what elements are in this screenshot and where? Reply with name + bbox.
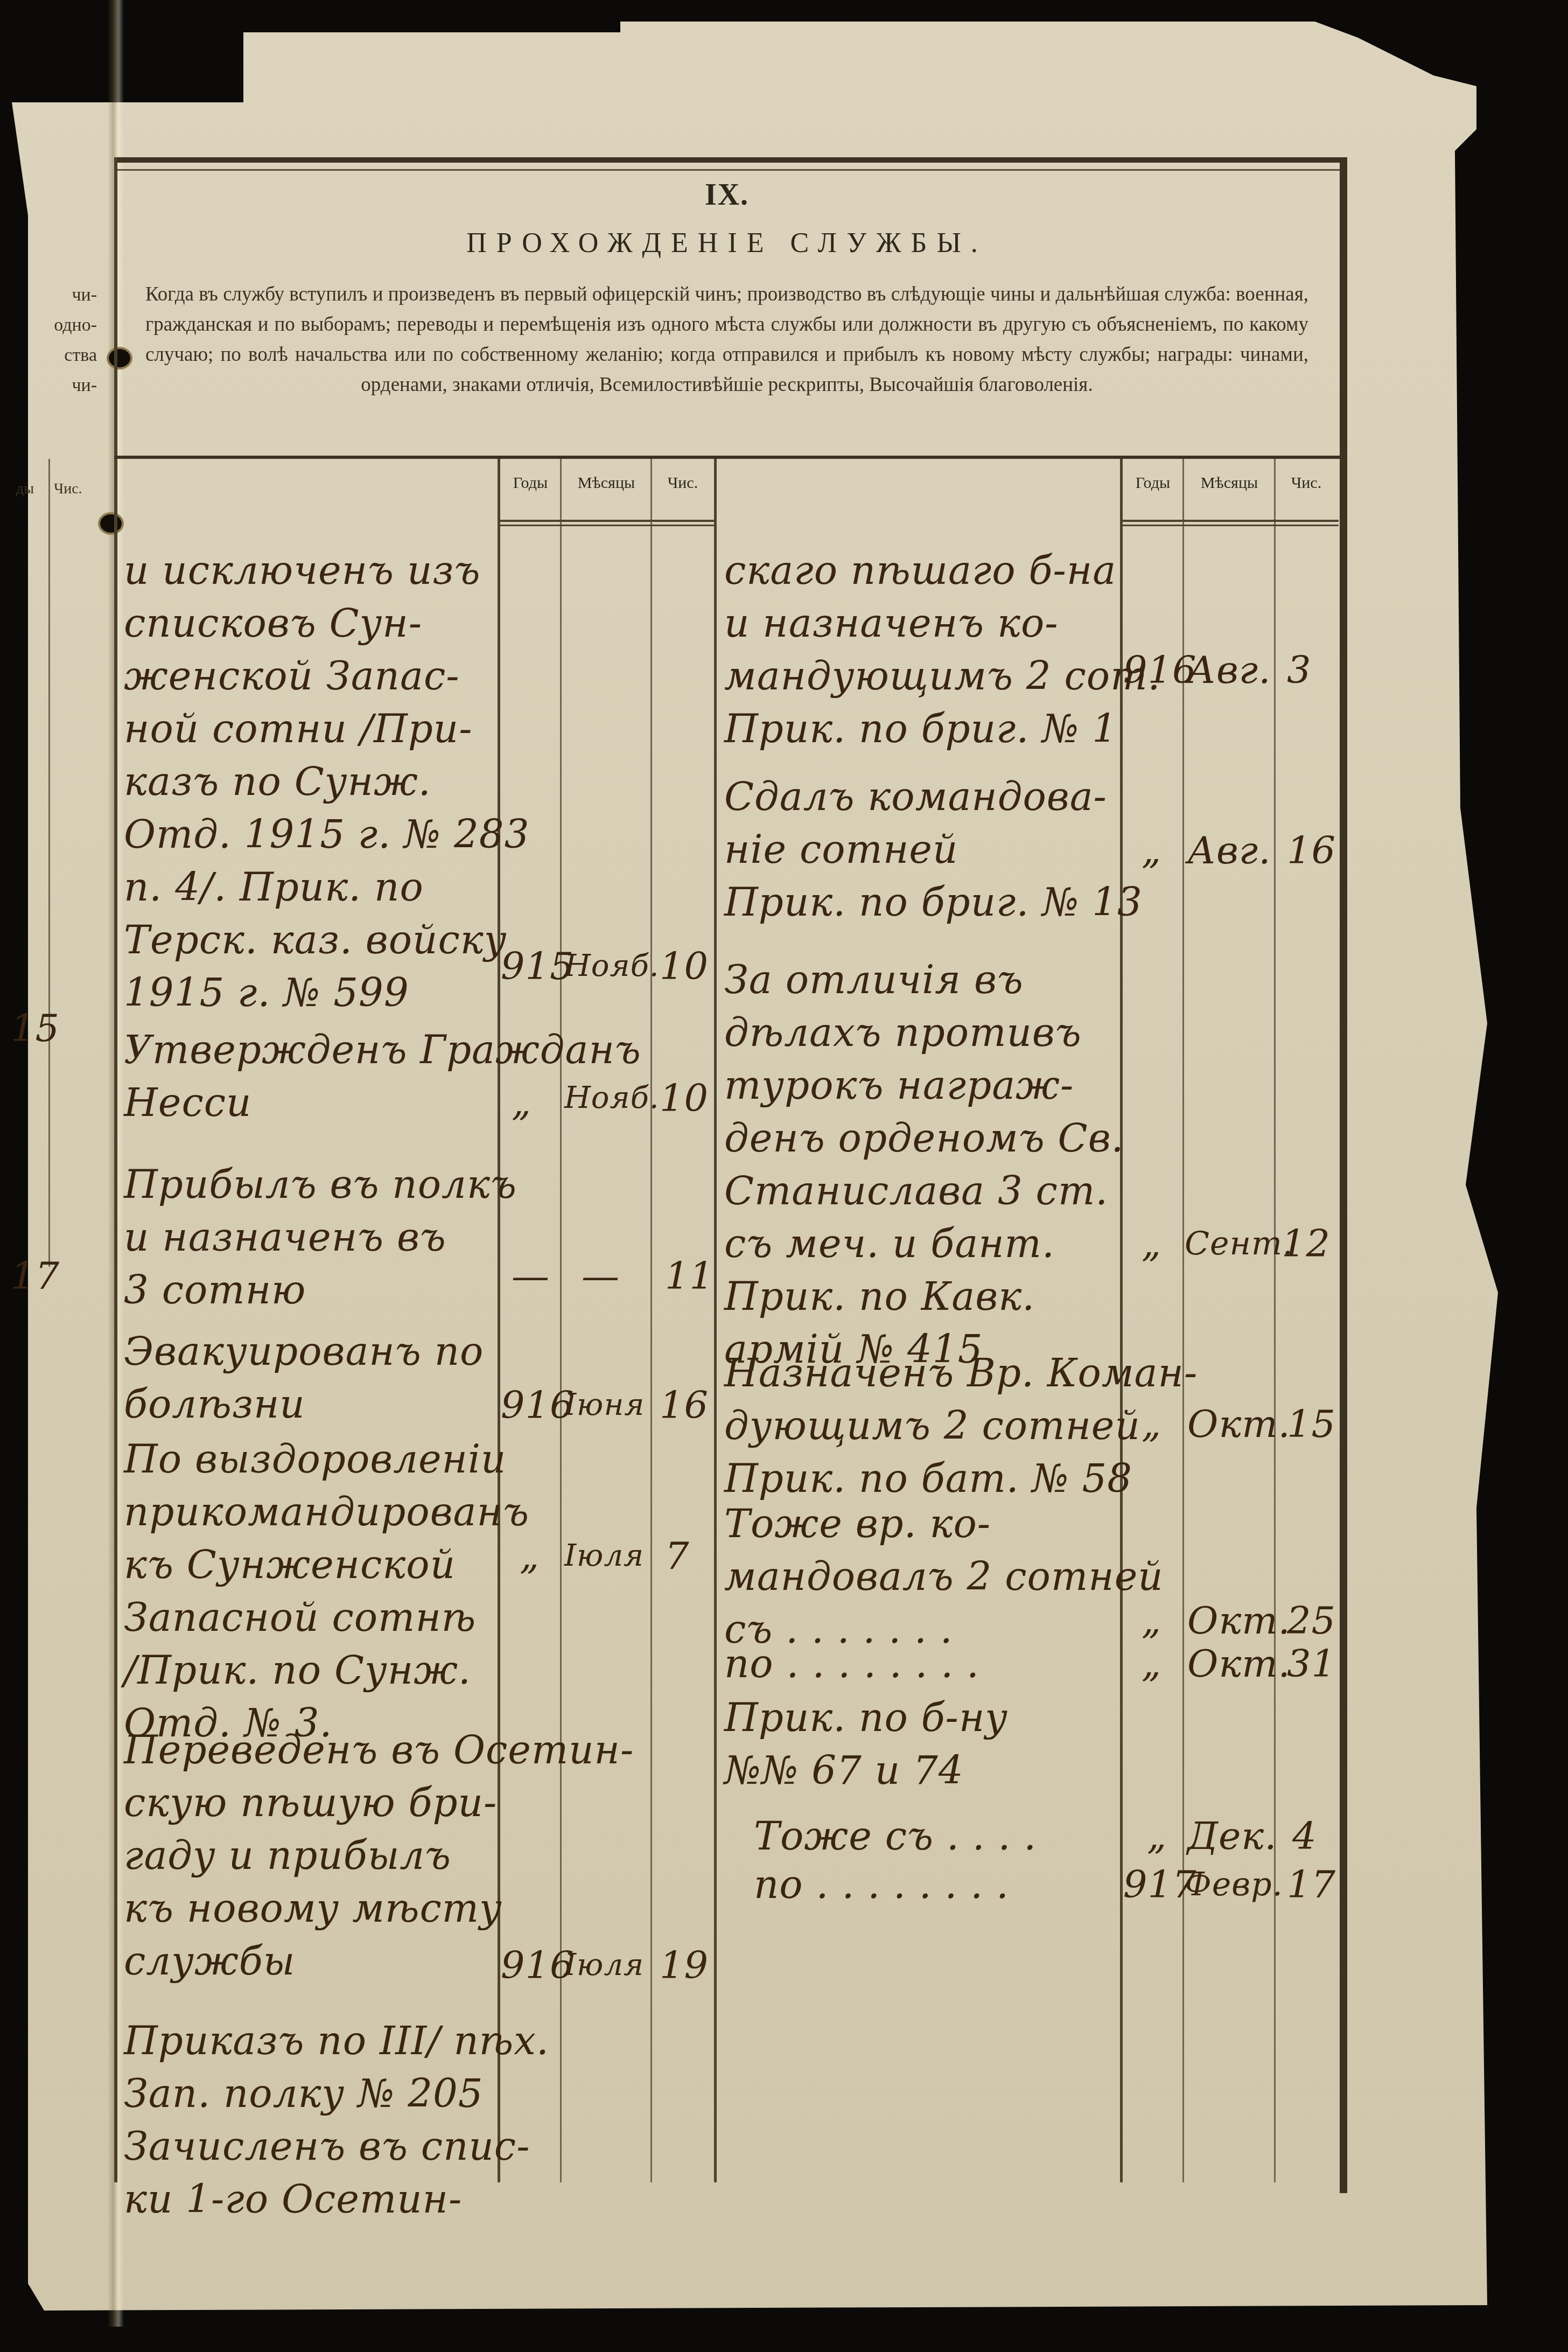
left-entry-day: 19 (660, 1939, 709, 1992)
center-divider (714, 459, 717, 2182)
right-entry-month: Окт. (1187, 1637, 1291, 1690)
left-fragment-col-line (48, 459, 50, 1267)
left-fragment-desc: чи- одно- ства чи- (16, 280, 97, 401)
left-header-day: Чис. (653, 474, 713, 492)
left-months-day-divider (650, 459, 652, 2182)
right-entry-text: по . . . . . . . . (724, 1637, 979, 1690)
left-entry-month: Іюля (564, 1939, 644, 1992)
left-entry-text: По выздоровленіи прикомандированъ къ Сун… (124, 1433, 529, 1749)
right-entry-year: „ (1142, 824, 1161, 877)
right-entry-text: по . . . . . . . . (754, 1858, 1009, 1911)
right-entry-month: Авг. (1187, 644, 1271, 696)
left-entry-text: и исключенъ изъ списковъ Сун- женской За… (124, 544, 529, 1019)
left-entry-year: 915 (501, 940, 575, 993)
left-fragment-header-day: Чис. (54, 474, 82, 504)
left-entry-text: Утвержденъ Гражданъ Несси (124, 1023, 641, 1129)
right-entry-day: 15 (1287, 1398, 1336, 1450)
right-entry-text: Прик. по б-ну №№ 67 и 74 (724, 1691, 1008, 1797)
left-entry-month: Іюля (564, 1530, 644, 1582)
right-header-double-rule (1121, 520, 1339, 522)
section-number: IX. (124, 178, 1330, 212)
left-entry-month: Іюня (564, 1379, 645, 1432)
right-entry-text: скаго пѣшаго б-на и назначенъ ко- мандую… (724, 544, 1160, 755)
right-entry-year: „ (1142, 1398, 1161, 1450)
section-title: ПРОХОЖДЕНІЕ СЛУЖБЫ. (124, 227, 1330, 259)
right-entry-year: „ (1147, 1810, 1167, 1862)
right-entry-year: „ (1142, 1217, 1161, 1270)
right-header-day: Чис. (1276, 474, 1336, 492)
right-entry-year: 916 (1123, 644, 1197, 696)
right-years-months-divider (1182, 459, 1184, 2182)
right-entry-day: 16 (1287, 824, 1336, 877)
left-entry-month: — (582, 1250, 620, 1302)
header-rule (114, 456, 1347, 459)
right-entry-text: Назначенъ Вр. Коман- дующимъ 2 сотней Пр… (724, 1346, 1198, 1505)
left-entry-month: Нояб. (564, 940, 660, 993)
right-entry-day: 12 (1282, 1217, 1331, 1270)
right-entry-month: Дек. (1187, 1810, 1277, 1862)
left-fragment-mark: 15 (11, 1002, 60, 1055)
left-fragment-line: чи- (16, 280, 97, 310)
right-entry-month: Окт. (1187, 1398, 1291, 1450)
left-entry-text: Прибылъ въ полкъ и назначенъ въ 3 сотню (124, 1158, 517, 1316)
left-entry-day: 11 (665, 1250, 714, 1302)
right-months-day-divider (1274, 459, 1276, 2182)
right-entry-day: 17 (1287, 1858, 1336, 1911)
left-entry-day: 7 (665, 1530, 690, 1582)
right-entry-text: Тоже вр. ко- мандовалъ 2 сотней съ . . .… (724, 1497, 1164, 1656)
left-header-months: Мѣсяцы (562, 474, 650, 492)
left-entry-year: 916 (501, 1939, 575, 1992)
left-entry-day: 10 (660, 1072, 709, 1125)
right-entry-day: 3 (1287, 644, 1312, 696)
form-frame-left (114, 157, 117, 2182)
left-header-double-rule (499, 520, 714, 522)
left-entry-month: Нояб. (564, 1072, 660, 1125)
section-header: IX. ПРОХОЖДЕНІЕ СЛУЖБЫ. Когда въ службу … (124, 172, 1330, 452)
right-header-years: Годы (1123, 474, 1182, 492)
left-entry-year: — (512, 1250, 550, 1302)
left-fragment-line: одно- (16, 310, 97, 340)
right-header-months: Мѣсяцы (1185, 474, 1274, 492)
left-entry-day: 10 (660, 940, 709, 993)
left-entry-text: Эвакуированъ по болѣзни (124, 1325, 484, 1430)
right-entry-month: Февр. (1185, 1858, 1283, 1911)
left-fragment-header-years: ды (16, 474, 34, 504)
right-entry-day: 4 (1292, 1810, 1317, 1862)
right-entry-year: „ (1142, 1637, 1161, 1690)
left-entry-year: 916 (501, 1379, 575, 1432)
left-entry-year: „ (512, 1076, 531, 1129)
left-entry-year: „ (520, 1530, 540, 1582)
right-entry-month: Сент. (1185, 1217, 1293, 1270)
right-entry-text: За отличія въ дѣлахъ противъ турокъ нагр… (724, 953, 1124, 1376)
left-fragment-line: чи- (16, 371, 97, 401)
left-fragment-mark: 17 (11, 1250, 60, 1302)
left-fragment-line: ства (16, 340, 97, 371)
left-entry-day: 16 (660, 1379, 709, 1432)
right-entry-text: Тоже съ . . . . (754, 1810, 1037, 1862)
right-entry-text: Сдалъ командова- ніе сотней Прик. по бри… (724, 770, 1143, 929)
left-entry-text: Приказъ по III/ пѣх. Зап. полку № 205 За… (124, 2014, 549, 2225)
right-entry-month: Авг. (1187, 824, 1271, 877)
right-entry-day: 31 (1287, 1637, 1336, 1690)
left-header-years: Годы (501, 474, 560, 492)
section-description: Когда въ службу вступилъ и произведенъ в… (124, 259, 1330, 400)
